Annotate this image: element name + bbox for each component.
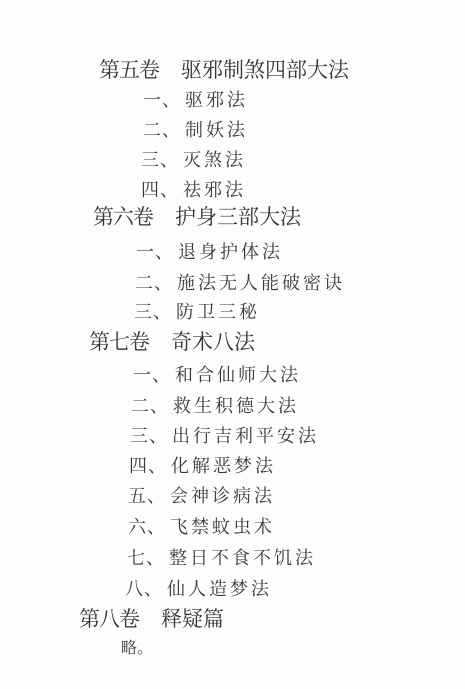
list-item: 五、会神诊病法 — [128, 488, 275, 506]
volume-title: 护身三部大法 — [175, 207, 301, 228]
volume-heading: 第八卷释疑篇 — [79, 609, 224, 630]
item-number: 三、 — [130, 428, 168, 446]
item-number: 三、 — [134, 304, 172, 322]
volume-number: 第五卷 — [99, 60, 159, 81]
item-number: 二、 — [135, 275, 173, 293]
list-item: 八、仙人造梦法 — [125, 581, 272, 599]
list-item: 一、和合仙师大法 — [133, 367, 301, 385]
volume-heading: 第五卷驱邪制煞四部大法 — [99, 60, 349, 81]
item-name: 飞禁蚊虫术 — [170, 519, 275, 537]
list-item: 二、施法无人能破密诀 — [135, 275, 345, 293]
item-name: 施法无人能破密诀 — [177, 275, 345, 293]
item-name: 制妖法 — [185, 122, 248, 140]
list-item: 二、救生积德大法 — [131, 398, 299, 416]
item-name: 会神诊病法 — [170, 488, 275, 506]
item-number: 六、 — [128, 519, 166, 537]
item-number: 一、 — [143, 92, 181, 110]
item-name: 出行吉利平安法 — [172, 428, 319, 446]
item-number: 一、 — [136, 244, 174, 262]
list-item: 二、制妖法 — [143, 122, 248, 140]
list-item: 四、祛邪法 — [141, 182, 246, 200]
list-item: 四、化解恶梦法 — [129, 458, 276, 476]
item-name: 和合仙师大法 — [175, 367, 301, 385]
volume-heading: 第七卷奇术八法 — [89, 332, 255, 353]
volume-number: 第八卷 — [79, 609, 139, 630]
item-name: 防卫三秘 — [176, 304, 260, 322]
item-name: 退身护体法 — [178, 244, 283, 262]
list-item: 三、灭煞法 — [141, 152, 246, 170]
list-item: 一、退身护体法 — [136, 244, 283, 262]
item-name: 灭煞法 — [183, 152, 246, 170]
item-number: 一、 — [133, 367, 171, 385]
item-number: 二、 — [143, 122, 181, 140]
item-name: 救生积德大法 — [173, 398, 299, 416]
scanned-page: 第五卷驱邪制煞四部大法 一、驱邪法 二、制妖法 三、灭煞法 四、祛邪法 第六卷护… — [0, 0, 465, 689]
volume-title: 奇术八法 — [171, 332, 255, 353]
list-item: 六、飞禁蚊虫术 — [128, 519, 275, 537]
volume-number: 第六卷 — [93, 207, 153, 228]
list-item: 三、出行吉利平安法 — [130, 428, 319, 446]
volume-note: 略。 — [121, 640, 153, 656]
list-item: 七、整日不食不饥法 — [127, 550, 316, 568]
item-number: 四、 — [141, 182, 179, 200]
volume-heading: 第六卷护身三部大法 — [93, 207, 301, 228]
item-number: 四、 — [129, 458, 167, 476]
item-number: 八、 — [125, 581, 163, 599]
item-number: 七、 — [127, 550, 165, 568]
item-number: 五、 — [128, 488, 166, 506]
list-item: 一、驱邪法 — [143, 92, 248, 110]
volume-title: 驱邪制煞四部大法 — [181, 60, 349, 81]
volume-number: 第七卷 — [89, 332, 149, 353]
item-name: 驱邪法 — [185, 92, 248, 110]
item-number: 三、 — [141, 152, 179, 170]
item-name: 整日不食不饥法 — [169, 550, 316, 568]
volume-title: 释疑篇 — [161, 609, 224, 630]
item-name: 仙人造梦法 — [167, 581, 272, 599]
item-number: 二、 — [131, 398, 169, 416]
item-name: 祛邪法 — [183, 182, 246, 200]
item-name: 化解恶梦法 — [171, 458, 276, 476]
list-item: 三、防卫三秘 — [134, 304, 260, 322]
